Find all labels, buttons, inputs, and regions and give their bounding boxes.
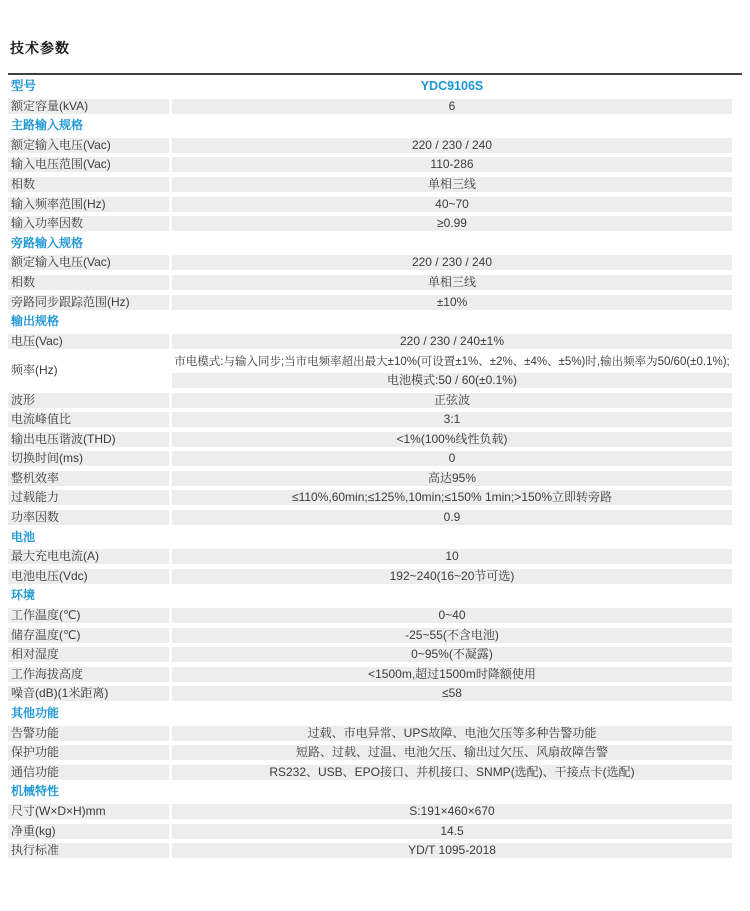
spec-value: 单相三线 (172, 275, 732, 290)
spec-label: 旁路同步跟踪范围(Hz) (8, 295, 169, 310)
table-row: 功率因数 0.9 (8, 510, 742, 525)
spec-label: 整机效率 (8, 471, 169, 486)
spec-value: ≤110%,60min;≤125%,10min;≤150% 1min;>150%… (172, 490, 732, 505)
spec-label: 切换时间(ms) (8, 451, 169, 466)
table-row: 整机效率 高达95% (8, 471, 742, 486)
spec-value-group: 市电模式:与输入同步;当市电频率超出最大±10%(可设置±1%、±2%、±4%、… (172, 353, 732, 388)
table-row: 电流峰值比 3:1 (8, 412, 742, 427)
table-row: 净重(kg) 14.5 (8, 824, 742, 839)
spec-value: RS232、USB、EPO接口、并机接口、SNMP(选配)、干接点卡(选配) (172, 765, 732, 780)
section-title: 主路输入规格 (8, 118, 83, 133)
table-row: 通信功能 RS232、USB、EPO接口、并机接口、SNMP(选配)、干接点卡(… (8, 765, 742, 780)
table-row: 执行标准 YD/T 1095-2018 (8, 843, 742, 858)
spec-label: 储存温度(℃) (8, 628, 169, 643)
spec-value: YDC9106S (172, 79, 732, 94)
table-row: 告警功能 过载、市电异常、UPS故障、电池欠压等多种告警功能 (8, 726, 742, 741)
table-row: 工作温度(℃) 0~40 (8, 608, 742, 623)
spec-value: YD/T 1095-2018 (172, 843, 732, 858)
table-row-multiline: 频率(Hz) 市电模式:与输入同步;当市电频率超出最大±10%(可设置±1%、±… (8, 353, 742, 388)
section-row: 其他功能 (8, 706, 742, 721)
table-row: 储存温度(℃) -25~55(不含电池) (8, 628, 742, 643)
section-row: 电池 (8, 530, 742, 545)
spec-label: 过载能力 (8, 490, 169, 505)
spec-value-line2: 电池模式:50 / 60(±0.1%) (172, 373, 732, 388)
spec-label: 相数 (8, 275, 169, 290)
table-row: 输入电压范围(Vac) 110-286 (8, 157, 742, 172)
spec-label: 告警功能 (8, 726, 169, 741)
table-row: 相数 单相三线 (8, 275, 742, 290)
spec-label: 输入电压范围(Vac) (8, 157, 169, 172)
title-divider (8, 73, 742, 75)
spec-value: 6 (172, 99, 732, 114)
spec-label: 额定输入电压(Vac) (8, 138, 169, 153)
table-row: 电池电压(Vdc) 192~240(16~20节可选) (8, 569, 742, 584)
spec-label: 输出电压谐波(THD) (8, 432, 169, 447)
table-row: 保护功能 短路、过载、过温、电池欠压、输出过欠压、风扇故障告警 (8, 745, 742, 760)
section-row: 环境 (8, 588, 742, 603)
section-title: 其他功能 (8, 706, 59, 721)
spec-label: 相对湿度 (8, 647, 169, 662)
spec-value: 220 / 230 / 240±1% (172, 334, 732, 349)
spec-label: 输入频率范围(Hz) (8, 197, 169, 212)
table-row: 额定输入电压(Vac) 220 / 230 / 240 (8, 138, 742, 153)
spec-label: 额定输入电压(Vac) (8, 255, 169, 270)
spec-label: 波形 (8, 393, 169, 408)
table-row: 相数 单相三线 (8, 177, 742, 192)
section-row: 旁路输入规格 (8, 236, 742, 251)
spec-value: 0~40 (172, 608, 732, 623)
spec-label: 保护功能 (8, 745, 169, 760)
spec-value: ≤58 (172, 686, 732, 701)
spec-value: 单相三线 (172, 177, 732, 192)
spec-page: 技术参数 型号 YDC9106S 额定容量(kVA) 6 主路输入规格 额定输入… (0, 0, 750, 858)
spec-value: 正弦波 (172, 393, 732, 408)
section-title: 环境 (8, 588, 35, 603)
table-row: 过载能力 ≤110%,60min;≤125%,10min;≤150% 1min;… (8, 490, 742, 505)
spec-value: 高达95% (172, 471, 732, 486)
spec-label: 执行标准 (8, 843, 169, 858)
spec-value: <1%(100%线性负载) (172, 432, 732, 447)
spec-value: S:191×460×670 (172, 804, 732, 819)
spec-label: 尺寸(W×D×H)mm (8, 804, 169, 819)
table-row: 波形 正弦波 (8, 393, 742, 408)
spec-label: 额定容量(kVA) (8, 99, 169, 114)
spec-value: 0.9 (172, 510, 732, 525)
section-row: 机械特性 (8, 784, 742, 799)
table-row: 最大充电电流(A) 10 (8, 549, 742, 564)
spec-label: 通信功能 (8, 765, 169, 780)
spec-label: 型号 (8, 79, 169, 94)
spec-label: 工作海拔高度 (8, 667, 169, 682)
spec-label: 噪音(dB)(1米距离) (8, 686, 169, 701)
spec-value: 220 / 230 / 240 (172, 138, 732, 153)
table-row: 输入功率因数 ≥0.99 (8, 216, 742, 231)
section-title: 电池 (8, 530, 35, 545)
section-row: 主路输入规格 (8, 118, 742, 133)
spec-label: 电池电压(Vdc) (8, 569, 169, 584)
spec-value-line1: 市电模式:与输入同步;当市电频率超出最大±10%(可设置±1%、±2%、±4%、… (172, 353, 732, 373)
spec-label: 工作温度(℃) (8, 608, 169, 623)
section-title: 输出规格 (8, 314, 59, 329)
table-row: 输出电压谐波(THD) <1%(100%线性负载) (8, 432, 742, 447)
spec-label: 频率(Hz) (8, 363, 169, 378)
spec-value: <1500m,超过1500m时降额使用 (172, 667, 732, 682)
spec-value: 10 (172, 549, 732, 564)
table-row: 噪音(dB)(1米距离) ≤58 (8, 686, 742, 701)
spec-value: 14.5 (172, 824, 732, 839)
spec-value: 110-286 (172, 157, 732, 172)
table-row: 相对湿度 0~95%(不凝露) (8, 647, 742, 662)
section-row: 输出规格 (8, 314, 742, 329)
spec-value: 过载、市电异常、UPS故障、电池欠压等多种告警功能 (172, 726, 732, 741)
spec-value: -25~55(不含电池) (172, 628, 732, 643)
spec-value: ±10% (172, 295, 732, 310)
spec-label: 输入功率因数 (8, 216, 169, 231)
spec-value: 40~70 (172, 197, 732, 212)
spec-value: 0~95%(不凝露) (172, 647, 732, 662)
table-row: 额定输入电压(Vac) 220 / 230 / 240 (8, 255, 742, 270)
table-row: 输入频率范围(Hz) 40~70 (8, 197, 742, 212)
spec-value: ≥0.99 (172, 216, 732, 231)
spec-value: 短路、过载、过温、电池欠压、输出过欠压、风扇故障告警 (172, 745, 732, 760)
table-row: 切换时间(ms) 0 (8, 451, 742, 466)
table-row: 型号 YDC9106S (8, 79, 742, 94)
table-row: 旁路同步跟踪范围(Hz) ±10% (8, 295, 742, 310)
spec-label: 电流峰值比 (8, 412, 169, 427)
page-title: 技术参数 (8, 38, 742, 58)
spec-label: 相数 (8, 177, 169, 192)
section-title: 机械特性 (8, 784, 59, 799)
spec-label: 净重(kg) (8, 824, 169, 839)
table-row: 额定容量(kVA) 6 (8, 99, 742, 114)
spec-value: 3:1 (172, 412, 732, 427)
spec-label: 电压(Vac) (8, 334, 169, 349)
table-row: 电压(Vac) 220 / 230 / 240±1% (8, 334, 742, 349)
spec-label: 最大充电电流(A) (8, 549, 169, 564)
spec-value: 220 / 230 / 240 (172, 255, 732, 270)
table-row: 尺寸(W×D×H)mm S:191×460×670 (8, 804, 742, 819)
spec-table: 型号 YDC9106S 额定容量(kVA) 6 主路输入规格 额定输入电压(Va… (8, 79, 742, 858)
section-title: 旁路输入规格 (8, 236, 83, 251)
spec-label: 功率因数 (8, 510, 169, 525)
spec-value: 0 (172, 451, 732, 466)
spec-value: 192~240(16~20节可选) (172, 569, 732, 584)
table-row: 工作海拔高度 <1500m,超过1500m时降额使用 (8, 667, 742, 682)
